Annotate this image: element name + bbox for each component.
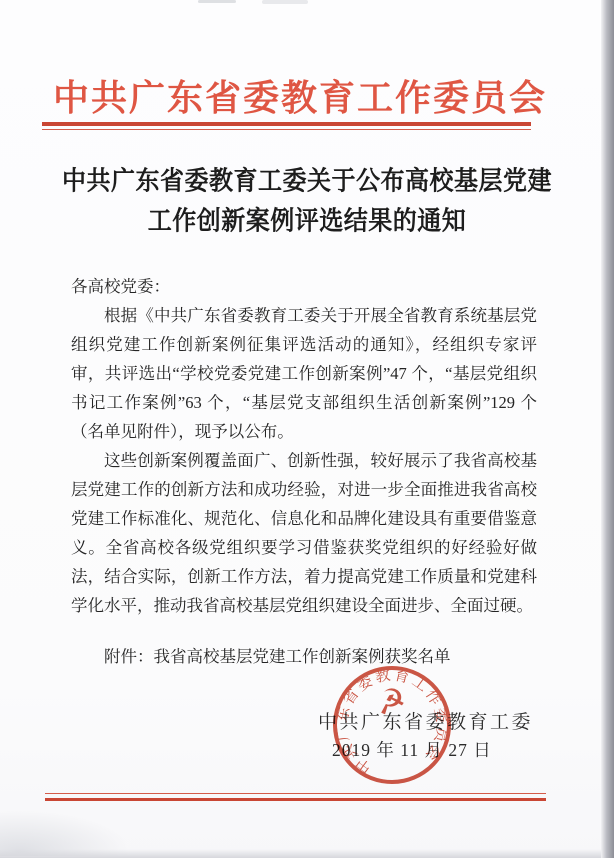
body-paragraph: 根据《中共广东省委教育工委关于开展全省教育系统基层党组织党建工作创新案例征集评选…	[71, 301, 537, 446]
body-paragraph: 这些创新案例覆盖面广、创新性强，较好展示了我省高校基层党建工作的创新方法和成功经…	[71, 446, 537, 620]
document-title-line1: 中共广东省委教育工委关于公布高校基层党建	[7, 160, 607, 203]
scan-artifact	[198, 0, 236, 3]
scanned-document-page: 中共广东省委教育工作委员会 中共广东省委教育工委关于公布高校基层党建 工作创新案…	[0, 0, 614, 858]
salutation: 各高校党委：	[71, 272, 537, 301]
document-body: 各高校党委： 根据《中共广东省委教育工委关于开展全省教育系统基层党组织党建工作创…	[71, 272, 537, 671]
scan-artifact	[262, 0, 308, 4]
letterhead-rule-thin	[42, 129, 531, 130]
letterhead-rule-thick	[42, 122, 531, 126]
document-title-line2: 工作创新案例评选结果的通知	[7, 200, 607, 243]
footer-rule-thin	[45, 793, 546, 794]
scan-edge-bottom	[0, 849, 601, 858]
scan-edge-right	[601, 0, 614, 858]
footer-rule-thick	[45, 798, 546, 801]
document-title: 中共广东省委教育工委关于公布高校基层党建 工作创新案例评选结果的通知	[7, 162, 607, 242]
letterhead-title: 中共广东省委教育工作委员会	[0, 70, 600, 121]
